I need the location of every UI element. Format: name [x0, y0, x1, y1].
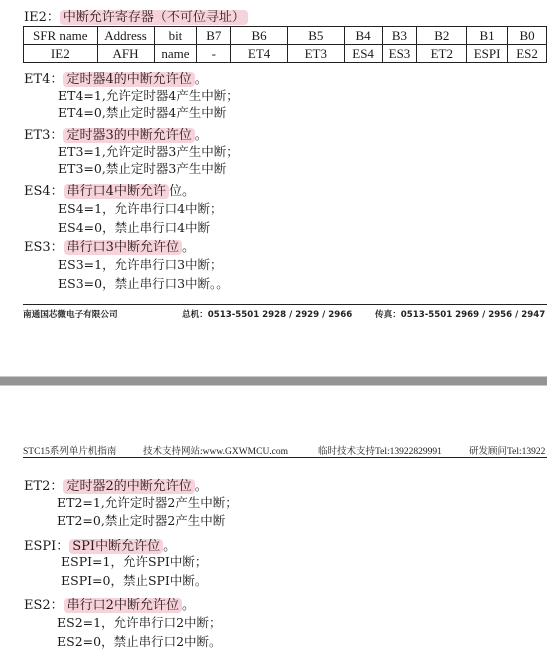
punctuation: 。: [195, 72, 208, 87]
section-es3-line-2: ES3=0，禁止串行口3中断。。: [58, 274, 229, 292]
bit-description: 串行口3中断允许位: [64, 240, 182, 255]
punctuation: 。: [182, 240, 195, 255]
table-cell: Address: [97, 27, 154, 45]
section-et3-heading: ET3：定时器3的中断允许位。: [24, 124, 208, 143]
table-header-row: SFR name Address bit B7 B6 B5 B4 B3 B2 B…: [24, 27, 547, 45]
section-et3-line-2: ET3=0,禁止定时器3产生中断: [58, 159, 226, 177]
section-et3-line-1: ET3=1,允许定时器3产生中断；: [58, 142, 239, 160]
table-cell: ES4: [344, 45, 382, 63]
table-cell: ESPI: [467, 45, 508, 63]
bit-label: ET3：: [24, 128, 63, 143]
table-cell: B6: [231, 27, 288, 45]
table-cell: -: [197, 45, 231, 63]
section-et2-line-2: ET2=0,禁止定时器2产生中断: [57, 511, 225, 529]
table-cell: ET3: [287, 45, 344, 63]
punctuation: 位。: [169, 184, 195, 199]
table-cell: ES2: [508, 45, 547, 63]
header-consultant: 研发顾问Tel:13922: [469, 443, 545, 457]
table-cell: ET4: [231, 45, 288, 63]
section-es2-line-1: ES2=1，允许串行口2中断；: [57, 613, 222, 631]
table-cell: bit: [154, 27, 197, 45]
section-es3-line-1: ES3=1，允许串行口3中断；: [58, 255, 223, 273]
header-manual: STC15系列单片机指南: [23, 443, 116, 457]
header-support: 临时技术支持Tel:13922829991: [318, 443, 442, 457]
table-cell: B2: [417, 27, 467, 45]
table-row: IE2 AFH name - ET4 ET3 ES4 ES3 ET2 ESPI …: [24, 45, 547, 63]
section-es2-line-2: ES2=0，禁止串行口2中断。: [57, 632, 222, 650]
section-es4-heading: ES4：串行口4中断允许位。: [24, 180, 195, 199]
page-separator: [0, 376, 547, 386]
bit-description: 串行口2中断允许位: [64, 598, 182, 613]
footer-fax: 传真：0513-5501 2969 / 2956 / 2947: [375, 308, 545, 320]
footer-company: 南通国芯微电子有限公司: [23, 308, 118, 320]
bit-description: 定时器4的中断允许位: [63, 72, 194, 87]
table-cell: B3: [382, 27, 417, 45]
bit-label: ES2：: [24, 598, 64, 613]
header-website: 技术支持网站:www.GXWMCU.com: [143, 443, 288, 457]
bit-label: ET2：: [24, 479, 63, 494]
table-cell: B5: [287, 27, 344, 45]
bit-label: ES4：: [24, 184, 64, 199]
register-description: 中断允许寄存器（不可位寻址）: [60, 10, 248, 25]
bit-description: 定时器2的中断允许位: [63, 479, 194, 494]
bit-description: 串行口4中断允许: [64, 184, 169, 199]
table-cell: B7: [197, 27, 231, 45]
register-title: IE2：中断允许寄存器（不可位寻址）: [24, 6, 248, 25]
register-name: IE2：: [24, 10, 60, 25]
section-espi-line-2: ESPI=0，禁止SPI中断。: [61, 571, 207, 589]
table-cell: IE2: [24, 45, 98, 63]
register-table: SFR name Address bit B7 B6 B5 B4 B3 B2 B…: [23, 26, 547, 63]
punctuation: 。: [195, 479, 208, 494]
section-et4-line-2: ET4=0,禁止定时器4产生中断: [58, 103, 226, 121]
table-cell: B4: [344, 27, 382, 45]
table-cell: name: [154, 45, 197, 63]
table-cell: SFR name: [24, 27, 98, 45]
section-es2-heading: ES2：串行口2中断允许位。: [24, 594, 195, 613]
header-rule: [23, 457, 547, 458]
table-cell: AFH: [97, 45, 154, 63]
footer-phone: 总机：0513-5501 2928 / 2929 / 2966: [182, 308, 352, 320]
section-et4-line-1: ET4=1,允许定时器4产生中断；: [58, 86, 239, 104]
table-cell: ET2: [417, 45, 467, 63]
section-et4-heading: ET4：定时器4的中断允许位。: [24, 68, 208, 87]
section-et2-heading: ET2：定时器2的中断允许位。: [24, 475, 208, 494]
section-es3-heading: ES3：串行口3中断允许位。: [24, 236, 195, 255]
punctuation: 。: [195, 128, 208, 143]
section-es4-line-1: ES4=1，允许串行口4中断；: [58, 199, 223, 217]
section-espi-line-1: ESPI=1，允许SPI中断；: [61, 552, 207, 570]
table-cell: B1: [467, 27, 508, 45]
punctuation: 。: [182, 598, 195, 613]
section-et2-line-1: ET2=1,允许定时器2产生中断；: [57, 493, 238, 511]
bit-description: 定时器3的中断允许位: [63, 128, 194, 143]
section-es4-line-2: ES4=0，禁止串行口4中断: [58, 218, 210, 236]
table-cell: B0: [508, 27, 547, 45]
bit-label: ES3：: [24, 240, 64, 255]
bit-label: ET4：: [24, 72, 63, 87]
table-cell: ES3: [382, 45, 417, 63]
footer-rule: [23, 304, 547, 305]
